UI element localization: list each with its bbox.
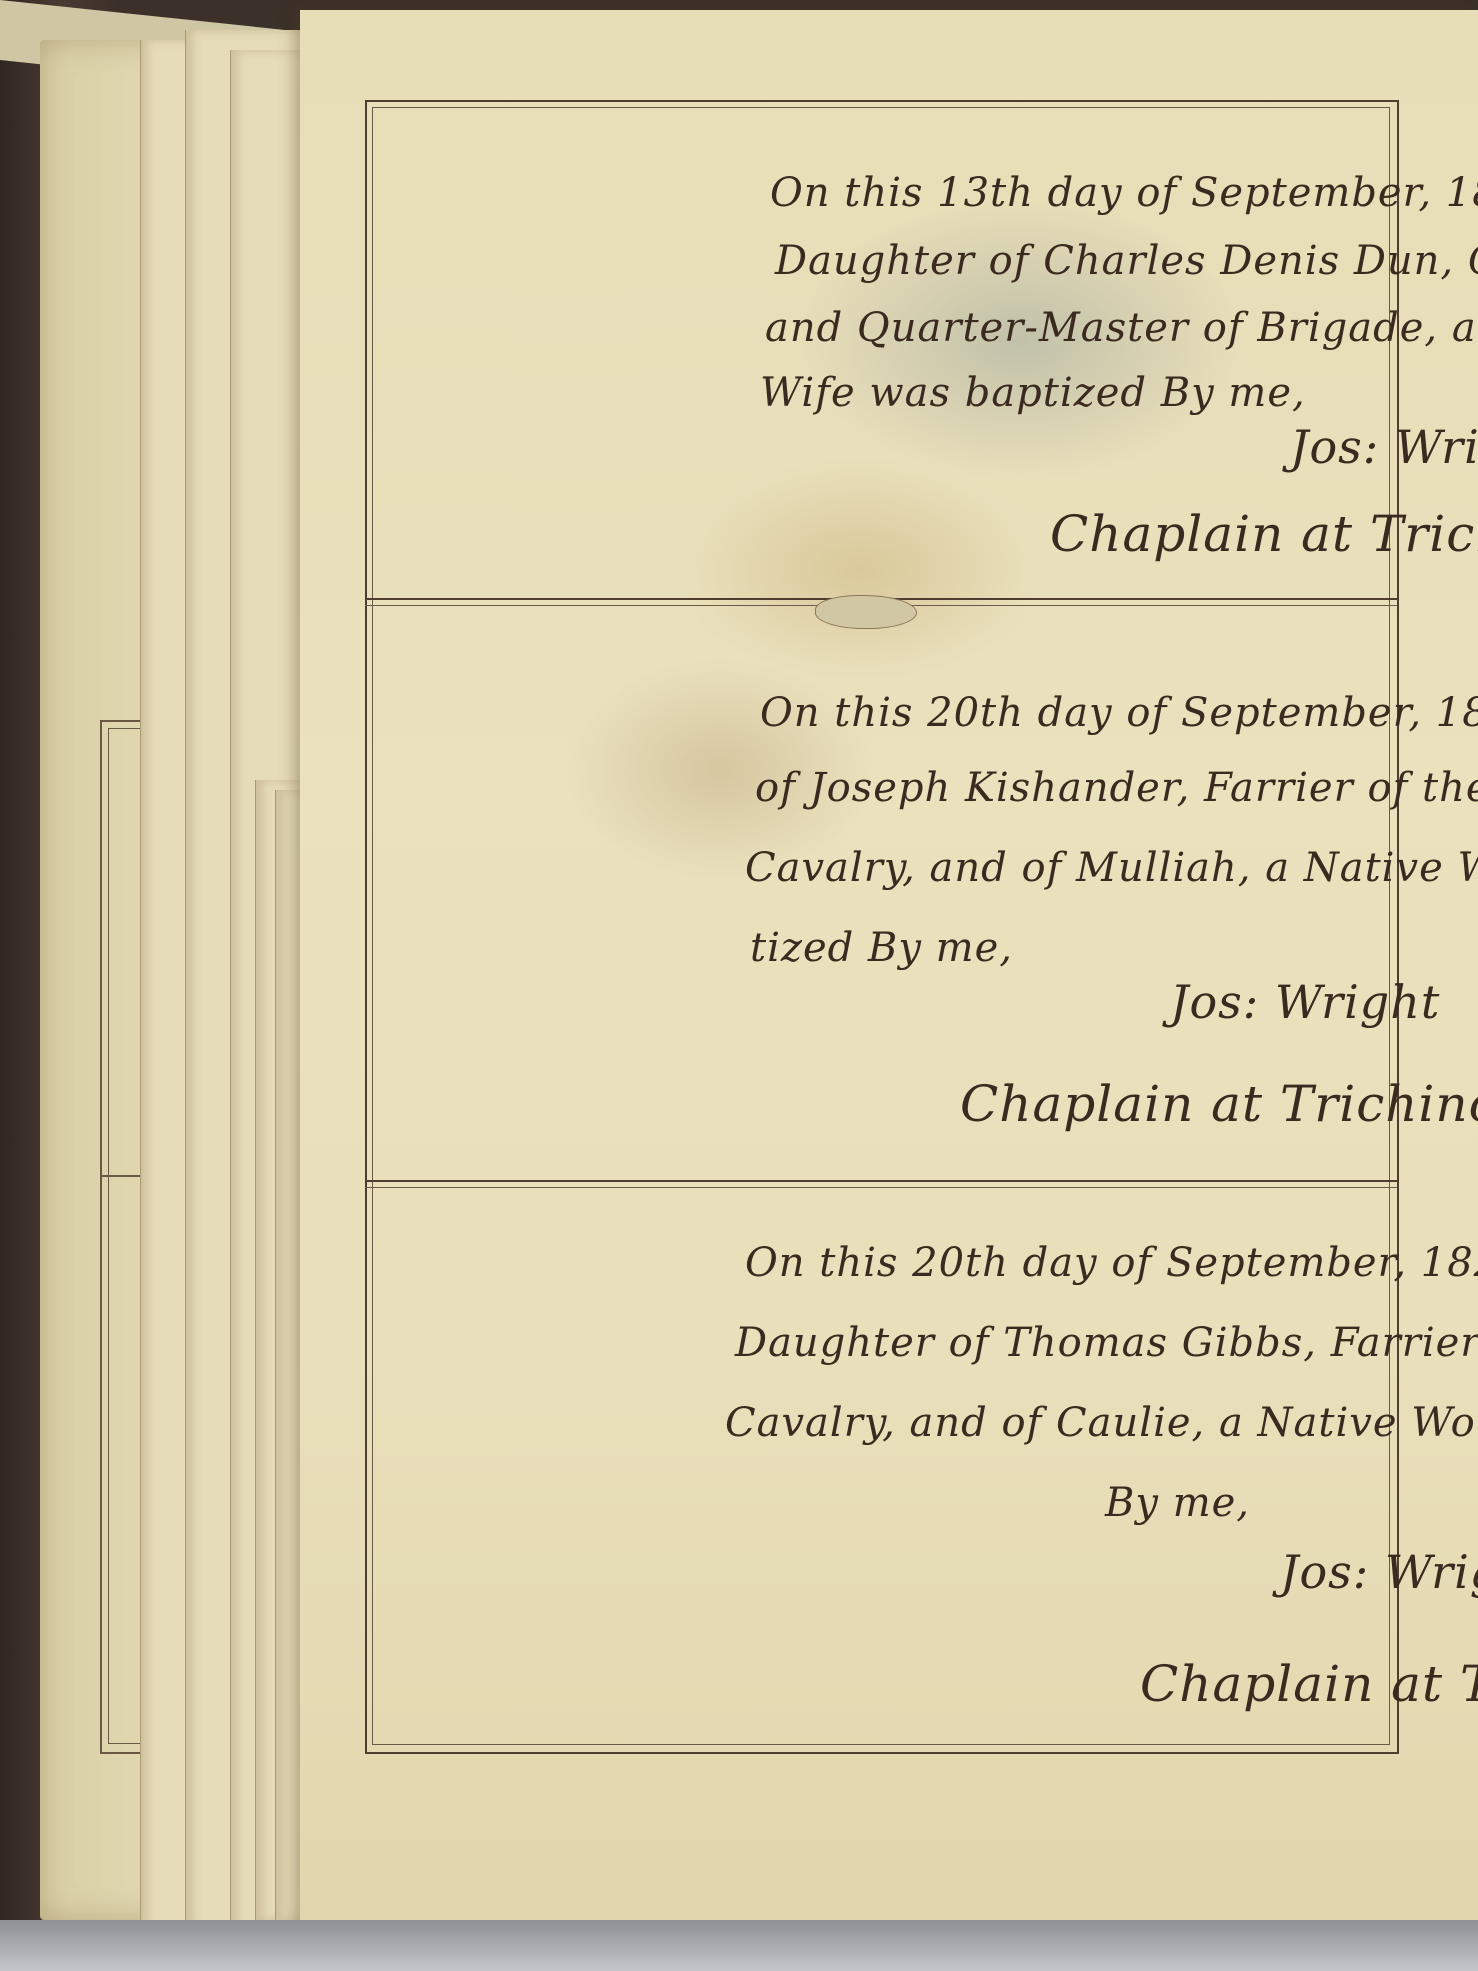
entry-line: On this 20th day of September, 1824, Eli… xyxy=(745,1240,1478,1286)
entry-divider xyxy=(365,1180,1397,1188)
chaplain-title: Chaplain at Trichinopoly xyxy=(1050,505,1478,563)
entry-line: Cavalry, and of Mulliah, a Native Woman,… xyxy=(745,845,1478,891)
entry-line: Daughter of Thomas Gibbs, Farrier of the… xyxy=(735,1320,1478,1366)
entry-line: of Joseph Kishander, Farrier of the 5th … xyxy=(755,765,1478,811)
page-tear-hole xyxy=(815,595,917,629)
background-cloth xyxy=(0,1920,1478,1971)
entry-line: and Quarter-Master of Brigade, and of Ad… xyxy=(765,305,1478,351)
chaplain-signature: Jos: Wright xyxy=(1170,975,1440,1029)
chaplain-signature: Jos: Wright xyxy=(1290,420,1478,474)
entry-line: Daughter of Charles Denis Dun, Captain i… xyxy=(775,238,1478,284)
entry-line: On this 13th day of September, 1824, Eli… xyxy=(770,170,1478,216)
entry-line: tized By me, xyxy=(750,925,1013,971)
chaplain-signature: Jos: Wright xyxy=(1280,1545,1478,1599)
entry-line: Cavalry, and of Caulie, a Native Woman, … xyxy=(725,1400,1478,1446)
chaplain-title: Chaplain at Trichinopoly xyxy=(1140,1655,1478,1713)
chaplain-title: Chaplain at Trichinopoly xyxy=(960,1075,1478,1133)
entry-line: Wife was baptized By me, xyxy=(760,370,1306,416)
entry-line: On this 20th day of September, 1824, Jos… xyxy=(760,690,1478,736)
entry-line: By me, xyxy=(1105,1480,1250,1526)
